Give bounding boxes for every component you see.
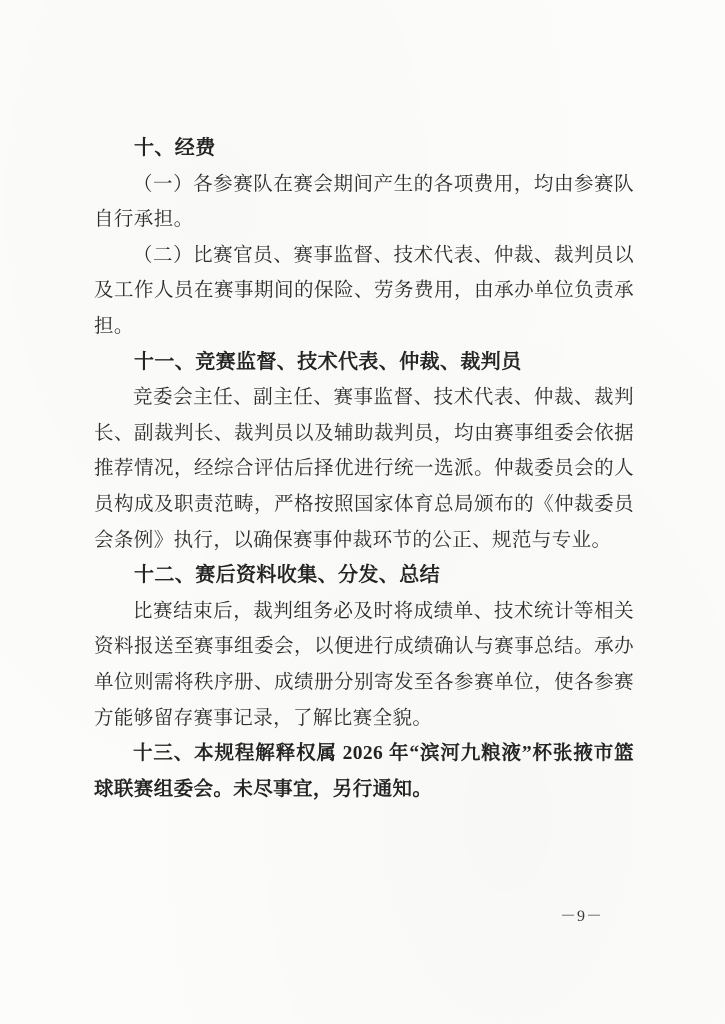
document-content: 十、经费 （一）各参赛队在赛会期间产生的各项费用，均由参赛队自行承担。 （二）比… (94, 131, 634, 807)
closing-statement: 十三、本规程解释权属 2026 年“滨河九粮液”杯张掖市篮球联赛组委会。未尽事宜… (94, 736, 634, 807)
section-heading-post-event-materials: 十二、赛后资料收集、分发、总结 (94, 558, 634, 594)
section-heading-funding: 十、经费 (94, 131, 634, 167)
document-page: 十、经费 （一）各参赛队在赛会期间产生的各项费用，均由参赛队自行承担。 （二）比… (0, 0, 725, 1024)
paragraph-funding-1: （一）各参赛队在赛会期间产生的各项费用，均由参赛队自行承担。 (94, 167, 634, 238)
paragraph-officials: 竞委会主任、副主任、赛事监督、技术代表、仲裁、裁判长、副裁判长、裁判员以及辅助裁… (94, 380, 634, 558)
paragraph-post-event-materials: 比赛结束后，裁判组务必及时将成绩单、技术统计等相关资料报送至赛事组委会，以便进行… (94, 594, 634, 736)
page-number: －9－ (560, 903, 620, 926)
paragraph-funding-2: （二）比赛官员、赛事监督、技术代表、仲裁、裁判员以及工作人员在赛事期间的保险、劳… (94, 238, 634, 345)
section-heading-officials: 十一、竞赛监督、技术代表、仲裁、裁判员 (94, 345, 634, 381)
